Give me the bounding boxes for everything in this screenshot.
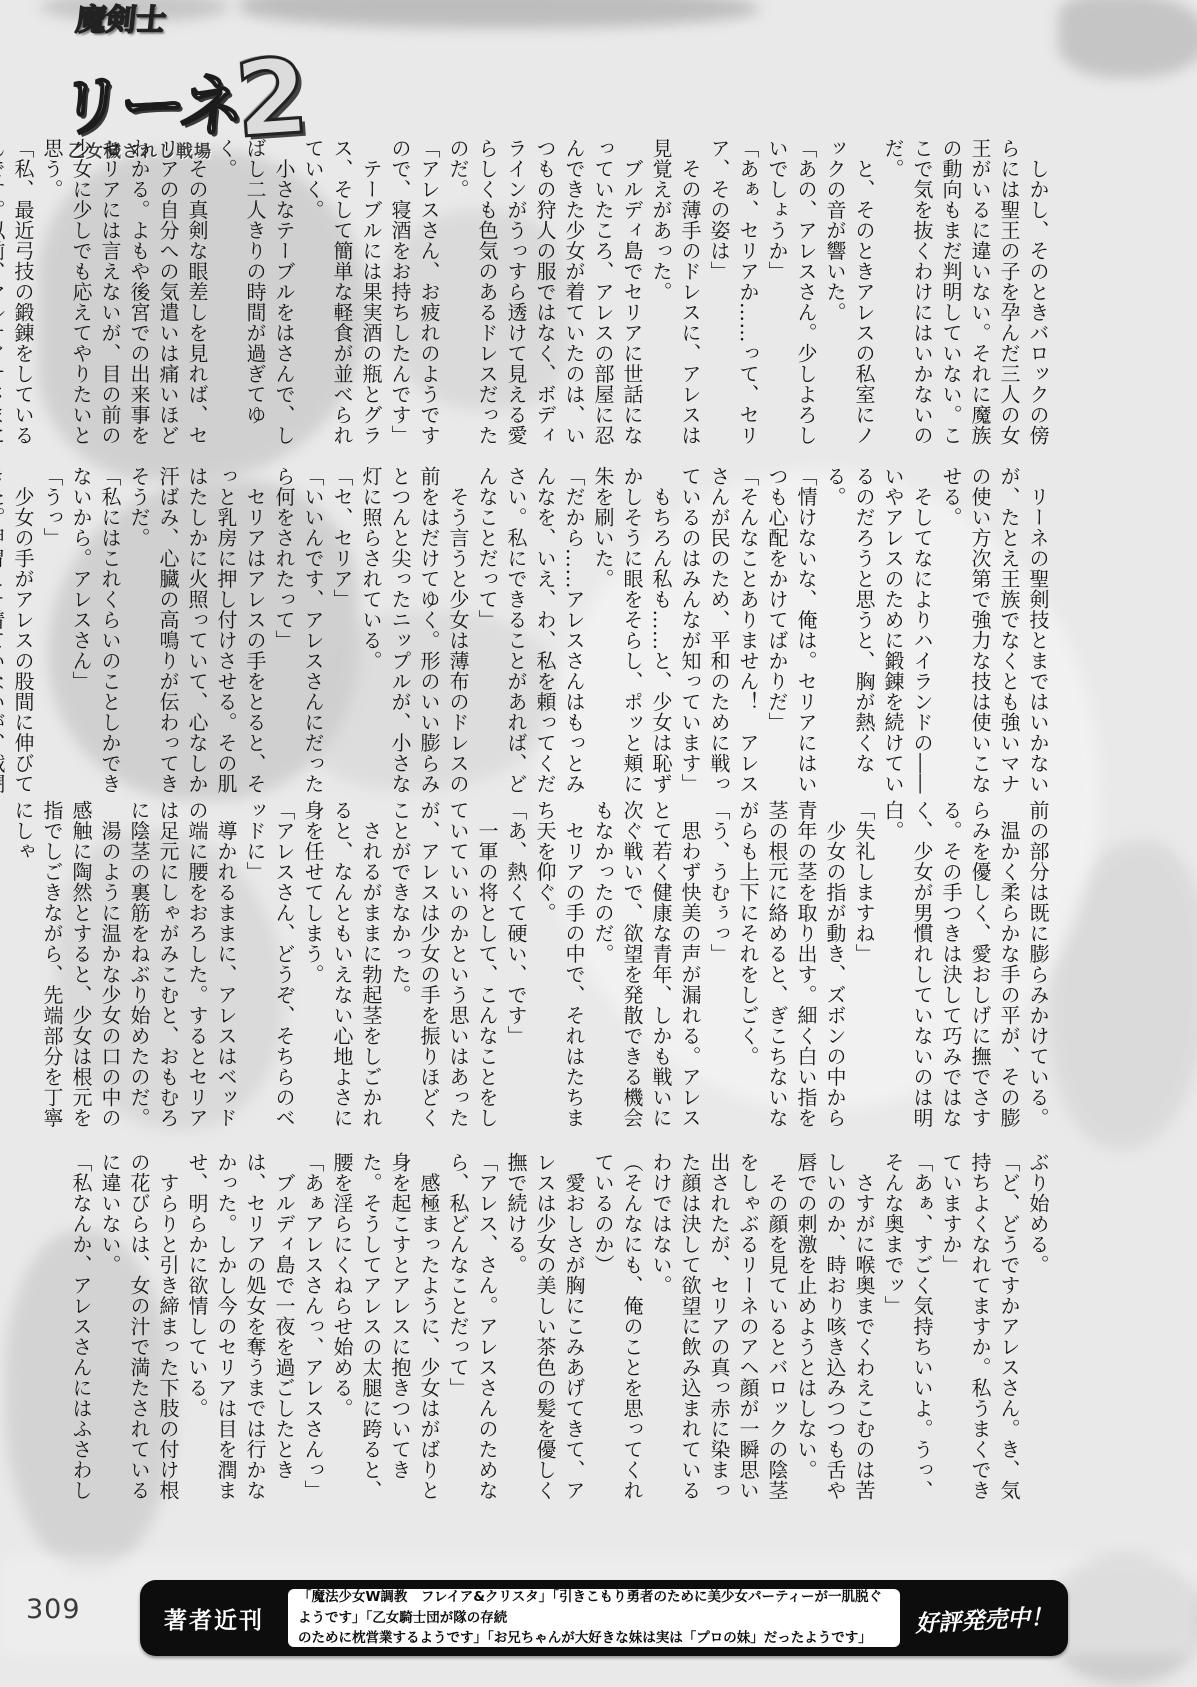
- footer-book-list: 「魔法少女W調教 フレイア&クリスタ」「引きこもり勇者のために美少女パーティーが…: [288, 1589, 900, 1647]
- paragraph: 「だから……アレスさんはもっとみんなを、いえ、わ、私を頼ってください。私にできる…: [472, 466, 588, 796]
- paragraph: セリアはアレスの手をとると、そっと乳房に押し付けさせる。その肌はたしかに火照って…: [124, 466, 269, 796]
- paragraph: 少女の指が動き、ズボンの中から青年の茎を取り出す。細く白い指を茎の根元に絡めると…: [733, 800, 849, 1147]
- paragraph: 愛おしさが胸にこみあげてきて、アレスは少女の美しい茶色の髪を優しく撫で続ける。: [501, 1152, 588, 1504]
- paragraph: その真剣な眼差しを見れば、セリアの自分への気遣いは痛いほどわかる。よもや後宮での…: [37, 138, 211, 462]
- paragraph: 「私にはこれくらいのことしかできないから。アレスさん」: [66, 466, 124, 796]
- book-page: 魔剣士 リーネ 2 乙女穢されし戦場 しかし、そのときバロックの傍らには聖王の子…: [0, 0, 1197, 1687]
- paragraph: テーブルには果実酒の瓶とグラス、そして簡単な軽食が並べられていく。: [298, 138, 385, 462]
- paragraph: もちろん私も……と、少女は恥ずかしそうに眼をそらし、ポッと頬に朱を刷いた。: [588, 466, 675, 796]
- paragraph: そう言うと少女は薄布のドレスの前をはだけてゆく。形のいい膨らみとつんと尖ったニッ…: [356, 466, 472, 796]
- text-band-4: ぶり始める。「ど、どうですかアレスさん。き、気持ちよくなれてますか。私うまくでき…: [62, 1152, 1052, 1504]
- paragraph: 「失礼しますね」: [849, 800, 878, 1147]
- page-number: 309: [26, 1594, 81, 1625]
- paragraph: ぶり始める。: [1023, 1152, 1052, 1504]
- paragraph: 小さなテーブルをはさんで、しばし二人きりの時間が過ぎてゆく。: [211, 138, 298, 462]
- paragraph: すらりと引き締まった下肢の付け根の花びらは、女の汁で満たされているに違いない。: [95, 1152, 182, 1504]
- paragraph: と、そのときアレスの私室にノックの音が響いた。: [820, 138, 878, 462]
- paragraph: されるがままに勃起茎をしごかれると、なんともいえない心地よさに身を任せてしまう。: [298, 800, 385, 1147]
- paragraph: しかし、そのときバロックの傍らには聖王の子を孕んだ三人の女王がいるに違いない。そ…: [878, 138, 1052, 462]
- paragraph: リーネの聖剣技とまではいかないが、たとえ王族でなくとも強いマナの使い方次第で強力…: [936, 466, 1052, 796]
- scan-blotch: [1058, 0, 1197, 78]
- paragraph: 感極まったように、少女はがばりと身を起こすとアレスに抱きついてきた。そうしてアレ…: [327, 1152, 443, 1504]
- paragraph: 「いいんです、アレスさんにだったら何をされたって」: [269, 466, 327, 796]
- paragraph: 温かく柔らかな手の平が、その膨らみを優しく、愛おしげに撫でさする。その手つきは決…: [878, 800, 1023, 1147]
- paragraph: 湯のように温かな少女の口の中の感触に陶然とすると、少女は根元を指でしごきながら、…: [8, 800, 124, 1147]
- text-band-1: しかし、そのときバロックの傍らには聖王の子を孕んだ三人の女王がいるに違いない。そ…: [62, 138, 1052, 462]
- paragraph: その顔を見ているとバロックの陰茎をしゃぶるリーネのアヘ顔が一瞬思い出されたが、セ…: [646, 1152, 791, 1504]
- footer-bar: 著者近刊 「魔法少女W調教 フレイア&クリスタ」「引きこもり勇者のために美少女パ…: [140, 1580, 1068, 1656]
- logo-title-number: 2: [232, 44, 311, 153]
- scan-blotch: [1048, 840, 1197, 1150]
- paragraph: 「アレス、さん。アレスさんのためなら、私どんなことだって」: [443, 1152, 501, 1504]
- paragraph: 「情けないな、俺は。セリアにはいつも心配をかけてばかりだ」: [762, 466, 820, 796]
- logo-title-top: 魔剣士: [74, 6, 359, 36]
- paragraph: 「私なんか、アレスさんにはふさわし: [66, 1152, 95, 1504]
- text-band-3: 前の部分は既に膨らみかけている。 温かく柔らかな手の平が、その膨らみを優しく、愛…: [62, 800, 1052, 1147]
- paragraph: 「ど、どうですかアレスさん。き、気持ちよくなれてますか。私うまくできていますか」: [936, 1152, 1023, 1504]
- paragraph: ブルディ島で一夜を過ごしたときは、セリアの処女を奪うまでは行かなかった。しかし今…: [182, 1152, 298, 1504]
- paragraph: 「私、最近弓技の鍛錬をしているんです。以前、マルティナさまにマナが強いって言われ…: [0, 138, 37, 462]
- paragraph: 思わず快美の声が漏れる。アレスとて若く健康な青年、しかも戦いに次ぐ戦いで、欲望を…: [588, 800, 704, 1147]
- paragraph: 「あぁ、セリアか……って、セリア、その姿は」: [704, 138, 762, 462]
- footer-promo-badge: 好評発売中！: [899, 1597, 1068, 1639]
- text-band-2: リーネの聖剣技とまではいかないが、たとえ王族でなくとも強いマナの使い方次第で強力…: [62, 466, 1052, 796]
- paragraph: 前の部分は既に膨らみかけている。: [1023, 800, 1052, 1147]
- paragraph: その薄手のドレスに、アレスは見覚えがあった。: [646, 138, 704, 462]
- paragraph: 「アレスさん、どうぞ、そちらのベッドに」: [240, 800, 298, 1147]
- footer-book-list-line2: のために枕営業するようです」「お兄ちゃんが大好きな妹は実は「プロの妹」だったよう…: [298, 1628, 890, 1649]
- paragraph: 「そんなことありません！ アレスさんが民のため、平和のために戦っているのはみんな…: [675, 466, 762, 796]
- paragraph: 「あ、熱くて硬い、です」: [501, 800, 530, 1147]
- paragraph: 少女の手がアレスの股間に伸びてきた。甲冑こそ着ていないが、戦闘服の: [0, 466, 37, 796]
- paragraph: ブルディ島でセリアに世話になっていたころ、アレスの部屋に忍んできた少女が着ていた…: [443, 138, 646, 462]
- paragraph: 「アレスさん、お疲れのようですので、寝酒をお持ちしたんです」: [385, 138, 443, 462]
- paragraph: 「あぁ、すごく気持ちいいよ。うっ、そんな奥までッ」: [878, 1152, 936, 1504]
- footer-book-list-line1: 「魔法少女W調教 フレイア&クリスタ」「引きこもり勇者のために美少女パーティーが…: [298, 1587, 890, 1629]
- paragraph: 一軍の将として、こんなことをしていていいのかという思いはあったが、アレスは少女の…: [385, 800, 501, 1147]
- paragraph: 導かれるままに、アレスはベッドの端に腰をおろした。するとセリアは足元にしゃがみこ…: [124, 800, 240, 1147]
- paragraph: そしてなによりハイランドの――いやアレスのために鍛錬を続けているのだろうと思うと…: [820, 466, 936, 796]
- paragraph: 「あの、アレスさん。少しよろしいでしょうか」: [762, 138, 820, 462]
- footer-author-books-label: 著者近刊: [140, 1602, 288, 1635]
- paragraph: 「セ、セリア」: [327, 466, 356, 796]
- logo-title-main: リーネ: [56, 74, 243, 140]
- paragraph: さすがに喉奥までくわえこむのは苦しいのか、時おり咳き込みつつも舌や唇での刺激を止…: [791, 1152, 878, 1504]
- paragraph: セリアの手の中で、それはたちまち天を仰ぐ。: [530, 800, 588, 1147]
- paragraph: （そんなにも、俺のことを思ってくれているのか）: [588, 1152, 646, 1504]
- paragraph: 「あぁアレスさんっ、アレスさんっ」: [298, 1152, 327, 1504]
- paragraph: 「うっ」: [37, 466, 66, 796]
- paragraph: 「う、うむぅっ」: [704, 800, 733, 1147]
